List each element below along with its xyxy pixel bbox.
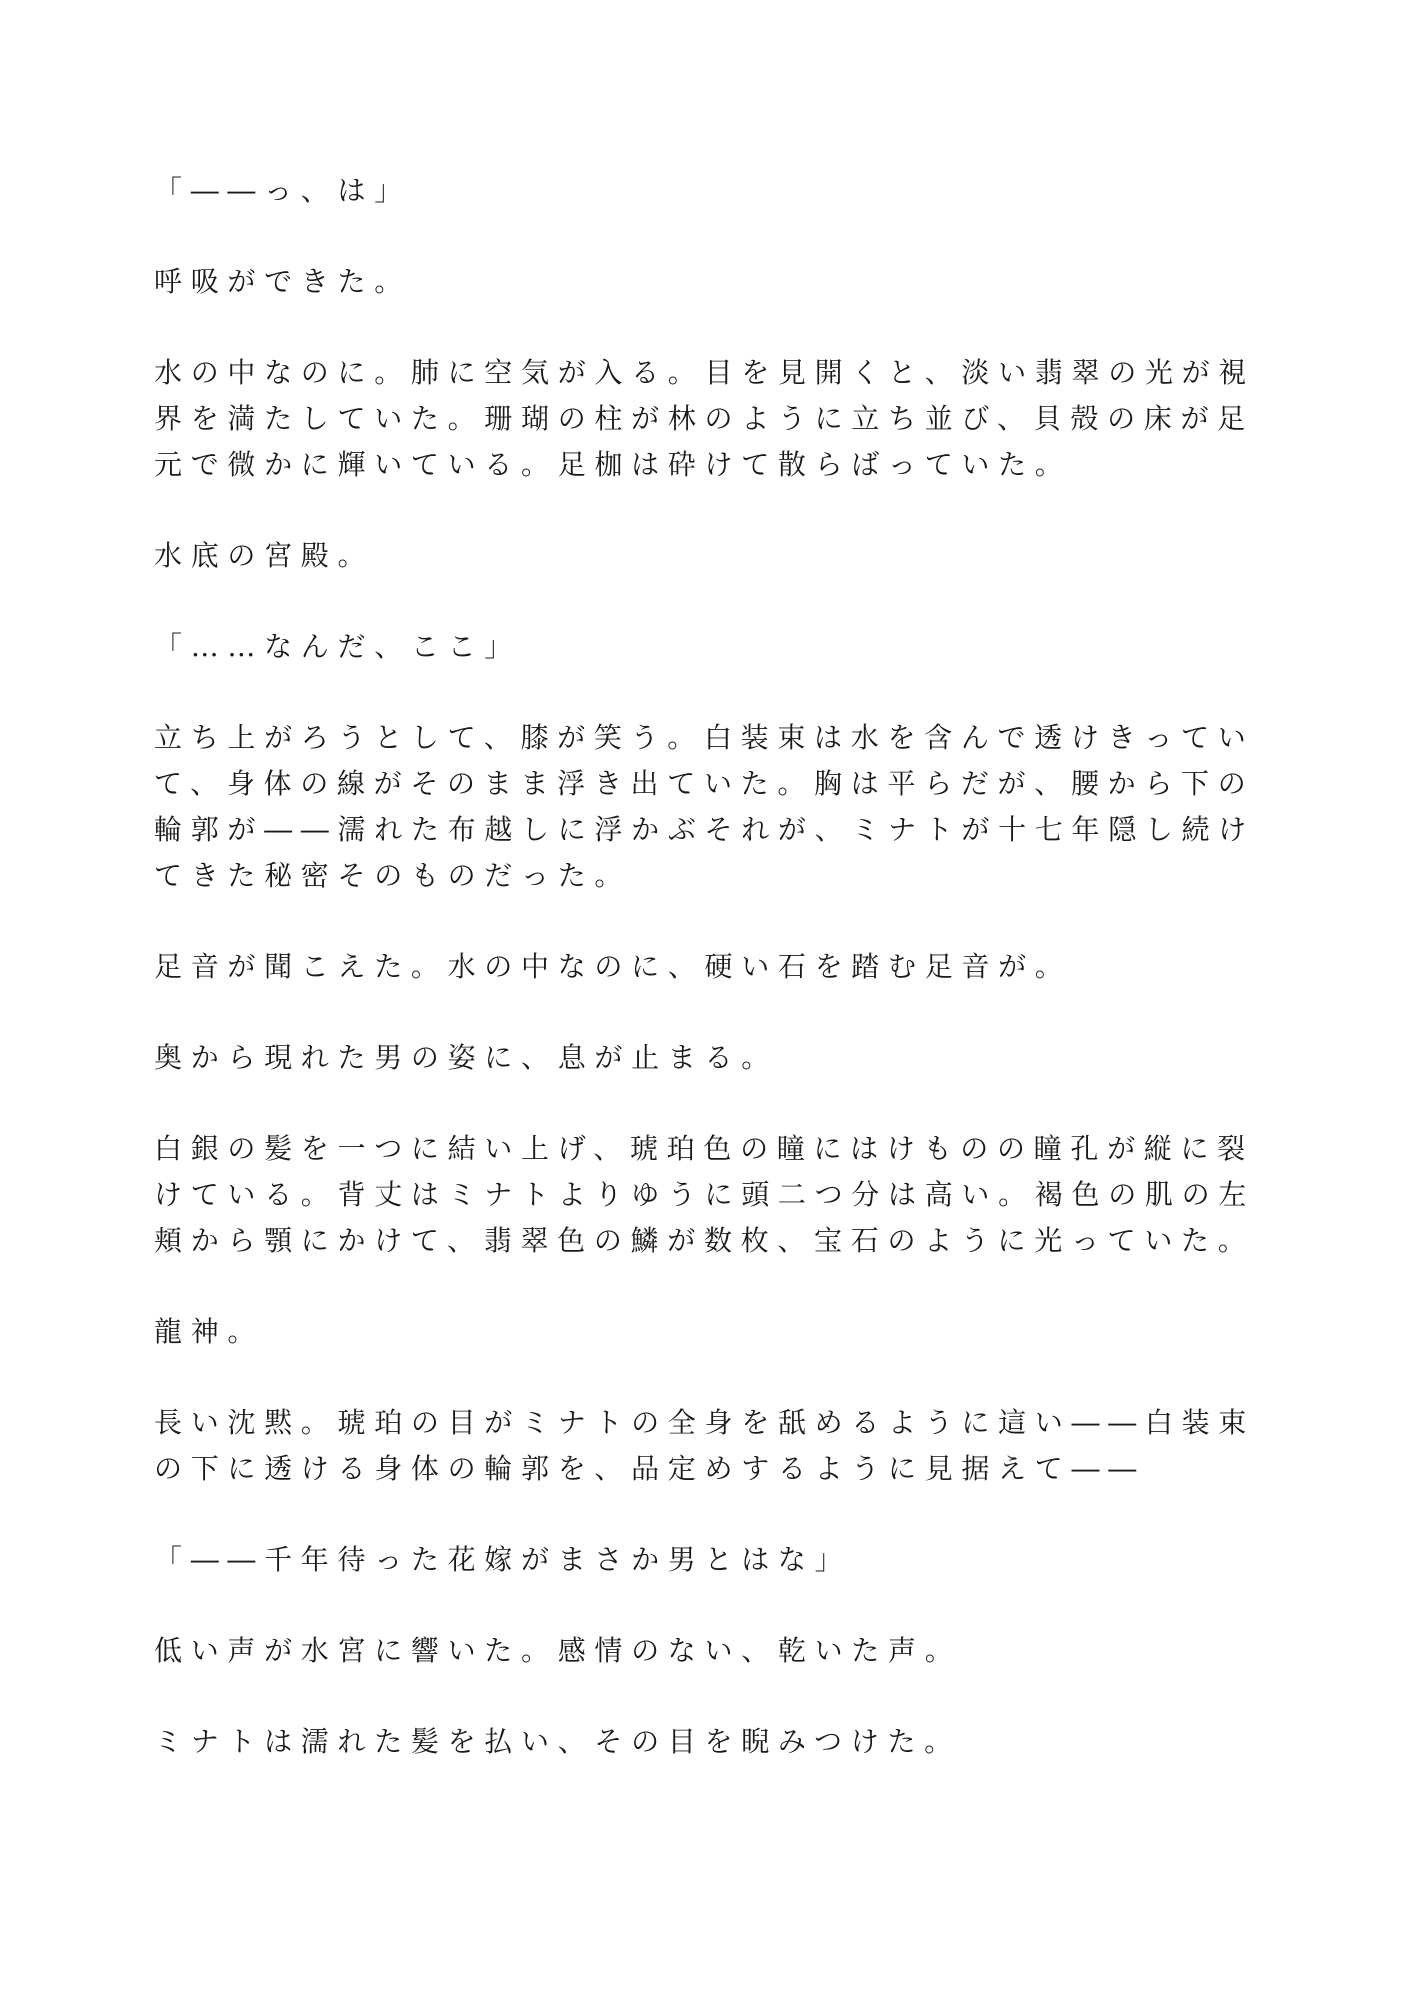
paragraph: ミナトは濡れた髪を払い、その目を睨みつけた。 (154, 1719, 1265, 1765)
paragraph: 低い声が水宮に響いた。感情のない、乾いた声。 (154, 1628, 1265, 1674)
paragraph: 白銀の髪を一つに結い上げ、琥珀色の瞳にはけものの瞳孔が縦に裂 けている。背丈はミ… (154, 1126, 1265, 1264)
paragraph: 足音が聞こえた。水の中なのに、硬い石を踏む足音が。 (154, 944, 1265, 990)
paragraph: 「――っ、は」 (154, 168, 1265, 214)
document-body: 「――っ、は」呼吸ができた。水の中なのに。肺に空気が入る。目を見開くと、淡い翡翠… (154, 168, 1265, 1765)
paragraph: 「――千年待った花嫁がまさか男とはな」 (154, 1537, 1265, 1583)
paragraph: 立ち上がろうとして、膝が笑う。白装束は水を含んで透けきってい て、身体の線がその… (154, 715, 1265, 899)
paragraph: 長い沈黙。琥珀の目がミナトの全身を舐めるように這い――白装束 の下に透ける身体の… (154, 1400, 1265, 1492)
paragraph: 呼吸ができた。 (154, 259, 1265, 305)
paragraph: 奥から現れた男の姿に、息が止まる。 (154, 1035, 1265, 1081)
paragraph: 龍神。 (154, 1309, 1265, 1355)
paragraph: 水底の宮殿。 (154, 533, 1265, 579)
paragraph: 水の中なのに。肺に空気が入る。目を見開くと、淡い翡翠の光が視 界を満たしていた。… (154, 350, 1265, 488)
paragraph: 「……なんだ、ここ」 (154, 624, 1265, 670)
document-page: 「――っ、は」呼吸ができた。水の中なのに。肺に空気が入る。目を見開くと、淡い翡翠… (0, 0, 1415, 2000)
